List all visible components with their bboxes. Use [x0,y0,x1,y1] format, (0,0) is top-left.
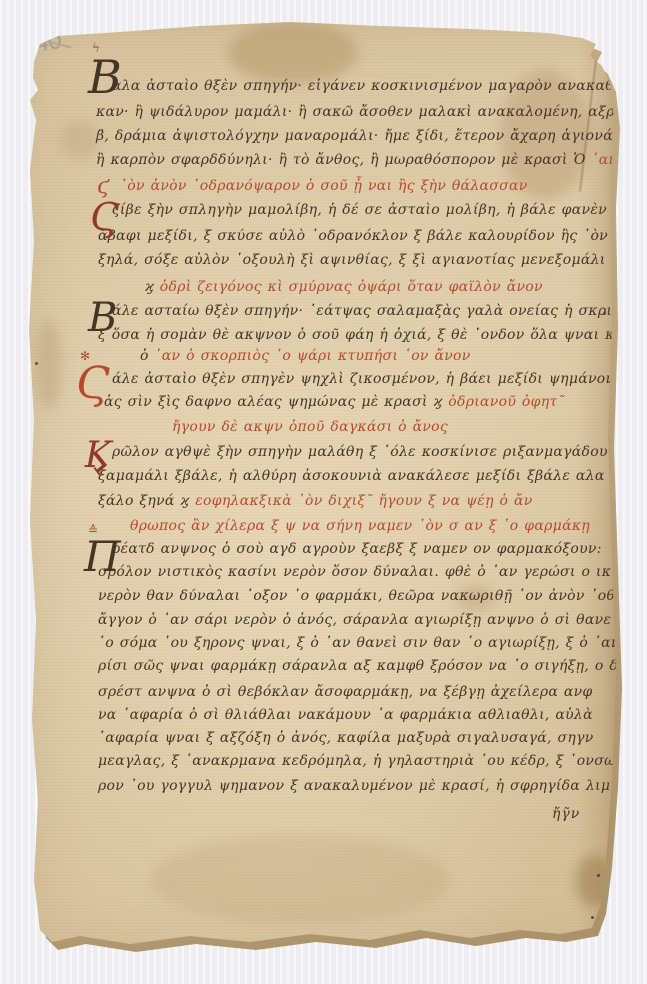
body-text: ὁ [140,348,154,364]
body-text: ξάλο ξηνά ϗ [98,493,195,509]
body-text: ἄβαφι μεξίδι, ξ σκύσε αὐλὸ ῾οδρανόκλον ξ… [98,228,647,244]
rubric-heading: θρωπος ἂν χίλερα ξ ψ να σήνη ναμεν ῾ὸν σ… [130,518,590,534]
body-text: ϗ [145,279,160,295]
decorated-initial: Ϛ [90,198,119,236]
manuscript-line: καν· ἢ ψιδάλυρον μαμάλι· ἢ σακῶ ἄσοθεν μ… [96,104,635,120]
rubric-heading: ἤγουν δὲ ακψν ὁποῦ δαγκάσι ὁ ἄνος [172,419,448,435]
manuscript-line: ρῶλον αγθψὲ ξὴν σπηγὴν μαλάθη ξ ῾όλε κοσ… [112,444,647,460]
paper-stain [36,320,62,410]
paper-surface: 40 αλα ἀσταὶο θξὲν σπηγήν· εἰγάνεν κοσκι… [0,0,647,984]
manuscript-line: ρίσι σῶς ψναι φαρμάκῃ σάρανλα αξ καμφθ ξ… [98,658,647,674]
manuscript-line: ἄβαφι μεξίδι, ξ σκύσε αὐλὸ ῾οδρανόκλον ξ… [98,228,647,244]
rubric-text: ῾αν φάϊη [592,152,647,168]
body-text: μεαγλας, ξ ῾ανακρμανα κεδρόμηλα, ἡ γηλασ… [98,753,616,769]
ink-speck [591,916,594,919]
manuscript-line: ξηλά, σόξε αὐλὸν ῾οξουλὴ ξὶ αψινθίας, ξ … [98,252,606,268]
initial-flourish: ϟ [92,42,100,54]
manuscript-line: ρέατδ ανψνος ὁ σοὺ αγδ αγροὺν ξαεβξ ξ να… [112,541,602,557]
manuscript-line: άλε ασταίω θξὲν σπηγήν· ῾εάτψας σαλαμαξὰ… [112,303,647,319]
folio-number: 40 [32,26,63,58]
body-text: καν· ἢ ψιδάλυρον μαμάλι· ἢ σακῶ ἄσοθεν μ… [96,104,635,120]
rubric-text: ῾ὸν ἀνὸν ῾οδρανόψαρον ὁ σοῦ ᾖ ναι ἢς ξὴν… [120,178,528,194]
catchword: ἤγ̃ν [552,806,580,822]
manuscript-line: ἢ καρπὸν σφαρδδύνηλι· ἢ τὸ ἄνθος, ἢ μωρα… [96,152,647,168]
body-text: άλε ασταίω θξὲν σπηγήν· ῾εάτψας σαλαμαξὰ… [112,303,647,319]
paper-stain [228,22,358,84]
manuscript-page: 40 αλα ἀσταὶο θξὲν σπηγήν· εἰγάνεν κοσκι… [0,0,647,984]
manuscript-line: ῾αφαρία ψναι ξ αξζόξη ὁ ἀνός, καφίλα μαξ… [98,730,594,746]
manuscript-line: ζίβε ξὴν σπληγὴν μαμολίβη, ἡ δέ σε ἀσταὶ… [112,202,647,218]
body-text: ρέατδ ανψνος ὁ σοὺ αγδ αγροὺν ξαεβξ ξ να… [112,541,602,557]
decorated-initial: Ϛ✻ [76,362,110,406]
body-text: άλε ἀσταὶο θξὲν σπηγὲν ψηχλὶ ζικοσμένον,… [112,371,622,387]
rubric-text: θρωπος ἂν χίλερα ξ ψ να σήνη ναμεν ῾ὸν σ… [130,518,590,534]
body-text: ρίσι σῶς ψναι φαρμάκῃ σάρανλα αξ καμφθ ξ… [98,658,647,674]
manuscript-line: ὁ ῾αν ὁ σκορπιὸς ῾ο ψάρι κτυπήσι ῾ον ἄνο… [140,348,471,364]
manuscript-line: ρον ῾ου γογγυλ ψημανον ξ ανακαλυμένον μὲ… [98,778,635,794]
manuscript-line: αλα ἀσταὶο θξὲν σπηγήν· εἰγάνεν κοσκινισ… [112,78,647,94]
manuscript-line: μεαγλας, ξ ῾ανακρμανα κεδρόμηλα, ἡ γηλασ… [98,753,616,769]
decorated-initial: Π≙ [84,536,121,578]
body-text: αλα ἀσταὶο θξὲν σπηγήν· εἰγάνεν κοσκινισ… [112,78,647,94]
paper-stain [60,120,100,160]
rubric-text: ὁδρὶ ζειγόνος κὶ σμύρνας ὀψάρι ὅταν φαϊλ… [160,279,543,295]
body-text: σρέστ ανψνα ὁ σὶ θεβόκλαν ἄσοφαρμάκῃ, να… [98,684,593,700]
manuscript-line: σρόλον νιστικὸς κασίνι νερὸν ὅσον δύναλα… [98,564,634,580]
body-text: ρῶλον αγθψὲ ξὴν σπηγὴν μαλάθη ξ ῾όλε κοσ… [112,444,647,460]
body-text: ἢ καρπὸν σφαρδδύνηλι· ἢ τὸ ἄνθος, ἢ μωρα… [96,152,592,168]
manuscript-line: ξ ὅσα ἡ σομὰν θὲ ακψνον ὁ σοῦ φάη ἡ ὀχιά… [98,327,643,343]
manuscript-line: ξάλο ξηνά ϗ εοφηλακξικὰ ῾ὸν διχιξ῀ ἤγουν… [98,493,533,509]
rubric-text: ῾αν ὁ σκορπιὸς ῾ο ψάρι κτυπήσι ῾ον ἄνον [154,348,470,364]
body-text: να ῾αφαρία ὁ σὶ θλιάθλαι νακάμουν ῾α φαρ… [98,707,593,723]
rubric-text: εοφηλακξικὰ ῾ὸν διχιξ῀ ἤγουν ξ να ψέῃ ὁ … [195,493,532,509]
manuscript-line: β̄, δράμια ἀψιστολόγχην μαναρομάλι· ἤμε … [96,128,647,144]
manuscript-line: ξαμαμάλι ξβάλε, ἡ αλθύρη ἀσοκουνιὰ ανακά… [98,468,605,484]
manuscript-line: άλε ἀσταὶο θξὲν σπηγὲν ψηχλὶ ζικοσμένον,… [112,371,622,387]
body-text: β̄, δράμια ἀψιστολόγχην μαναρομάλι· ἤμε … [96,128,647,144]
rubric-text: ὁδριανοῦ ὀφητ῀ [448,394,565,410]
decorated-initial: Βϟ [88,54,122,100]
body-text: ἄγγον ὁ ῾αν σάρι νερὸν ὁ ἀνός, σάρανλα α… [98,612,634,628]
manuscript-line: νερὸν θαν δύναλαι ῾οξον ῾ο φαρμάκι, θεῶρ… [98,588,623,604]
manuscript-scan: 40 αλα ἀσταὶο θξὲν σπηγήν· εἰγάνεν κοσκι… [0,0,647,984]
paper-stain [150,835,450,925]
body-text: ξαμαμάλι ξβάλε, ἡ αλθύρη ἀσοκουνιὰ ανακά… [98,468,605,484]
manuscript-line: σρέστ ανψνα ὁ σὶ θεβόκλαν ἄσοφαρμάκῃ, να… [98,684,593,700]
ink-speck [35,362,38,365]
rubric-text: ἤγουν δὲ ακψν ὁποῦ δαγκάσι ὁ ἄνος [172,419,448,435]
decorated-initial: Ϗ [84,438,111,474]
body-text: σρόλον νιστικὸς κασίνι νερὸν ὅσον δύναλα… [98,564,634,580]
manuscript-line: ῾ο σόμα ῾ου ξηρονς ψναι, ξ ὁ ῾αν θανεὶ σ… [98,635,647,651]
manuscript-line: ϗ ὁδρὶ ζειγόνος κὶ σμύρνας ὀψάρι ὅταν φα… [145,279,543,295]
body-text: ἁς σὶν ξὶς δαφνο αλέας ψημώνας μὲ κρασὶ … [104,394,448,410]
decorated-initial: Β [88,298,117,338]
initial-flourish: ✻ [80,350,90,362]
manuscript-line: να ῾αφαρία ὁ σὶ θλιάθλαι νακάμουν ῾α φαρ… [98,707,593,723]
body-text: ῾ο σόμα ῾ου ξηρονς ψναι, ξ ὁ ῾αν θανεὶ σ… [98,635,647,651]
body-text: ξηλά, σόξε αὐλὸν ῾οξουλὴ ξὶ αψινθίας, ξ … [98,252,606,268]
initial-flourish: ≙ [88,524,98,536]
manuscript-line: ἁς σὶν ξὶς δαφνο αλέας ψημώνας μὲ κρασὶ … [104,394,565,410]
body-text: νερὸν θαν δύναλαι ῾οξον ῾ο φαρμάκι, θεῶρ… [98,588,623,604]
body-text: ῾αφαρία ψναι ξ αξζόξη ὁ ἀνός, καφίλα μαξ… [98,730,594,746]
body-text: ζίβε ξὴν σπληγὴν μαμολίβη, ἡ δέ σε ἀσταὶ… [112,202,647,218]
body-text: ξ ὅσα ἡ σομὰν θὲ ακψνον ὁ σοῦ φάη ἡ ὀχιά… [98,327,643,343]
manuscript-line: ἄγγον ὁ ῾αν σάρι νερὸν ὁ ἀνός, σάρανλα α… [98,612,634,628]
ink-speck [597,874,600,877]
rubric-heading: ῾ὸν ἀνὸν ῾οδρανόψαρον ὁ σοῦ ᾖ ναι ἢς ξὴν… [120,178,528,194]
body-text: ρον ῾ου γογγυλ ψημανον ξ ανακαλυμένον μὲ… [98,778,635,794]
